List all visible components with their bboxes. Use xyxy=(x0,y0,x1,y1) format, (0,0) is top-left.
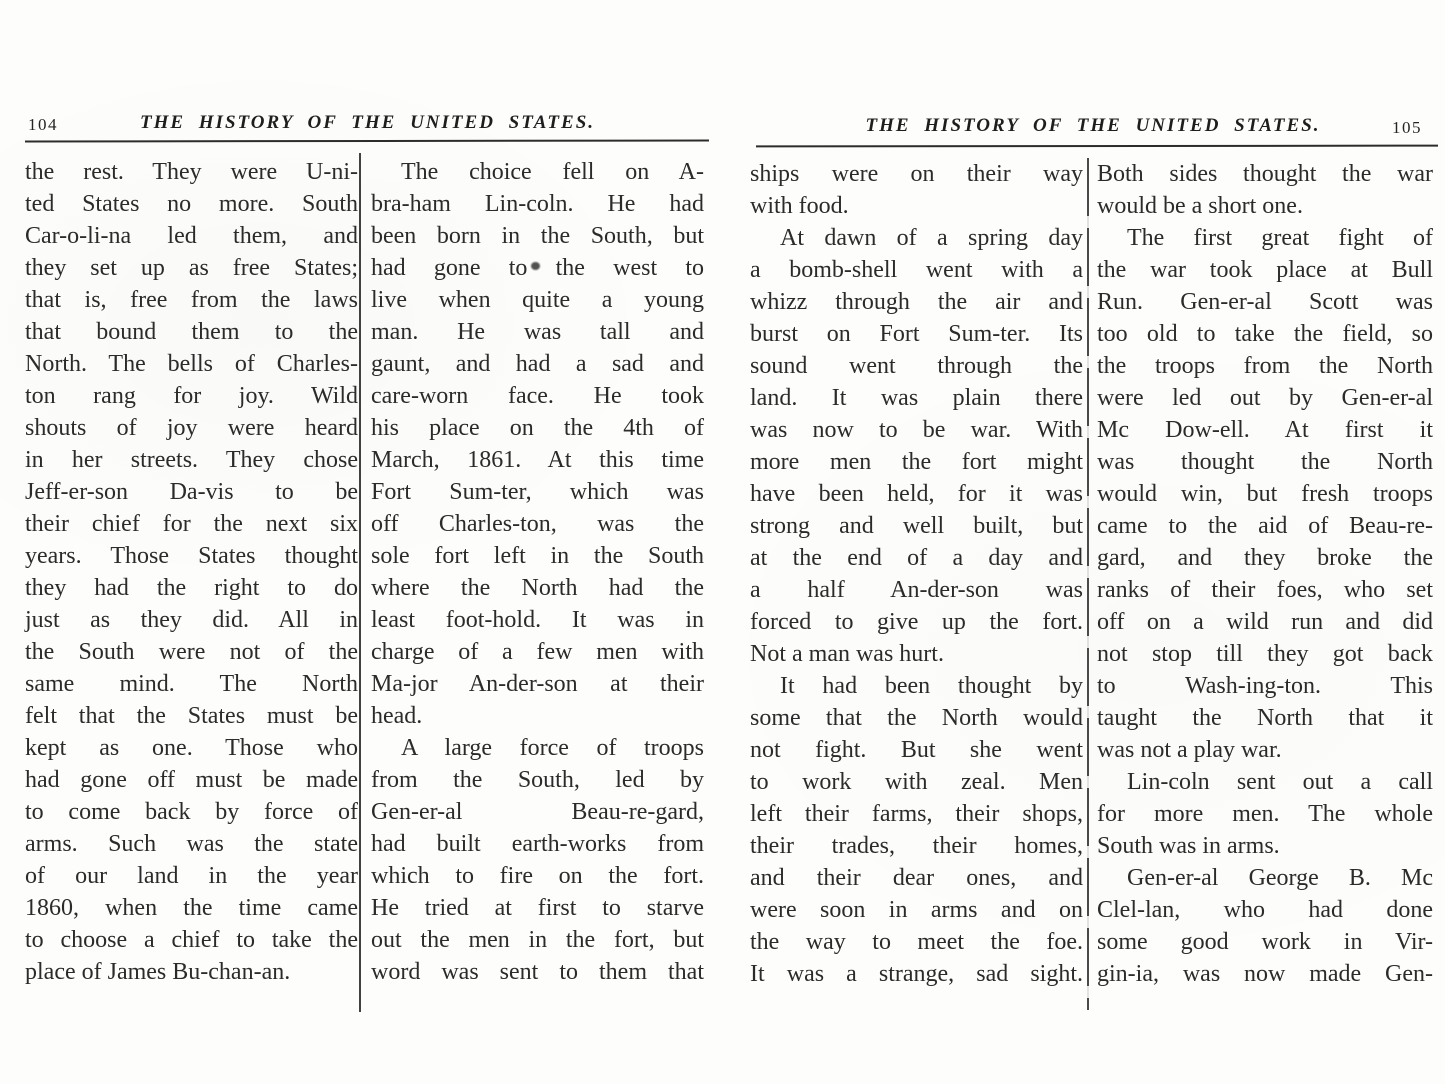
text-line: was not a play war. xyxy=(1097,734,1433,766)
text-line: same mind. The North xyxy=(25,668,358,700)
text-line: taught the North that it xyxy=(1097,702,1433,734)
text-line: in her streets. They chose xyxy=(25,444,358,476)
text-line: care-worn face. He took xyxy=(371,380,704,412)
text-line: the South were not of the xyxy=(25,636,358,668)
text-line: off Charles-ton, was the xyxy=(371,508,704,540)
text-line: to work with zeal. Men xyxy=(750,766,1083,798)
text-line: forced to give up the fort. xyxy=(750,606,1083,638)
text-line: was thought the North xyxy=(1097,446,1433,478)
text-line: some good work in Vir- xyxy=(1097,926,1433,958)
text-line: burst on Fort Sum-ter. Its xyxy=(750,318,1083,350)
text-line: Both sides thought the war xyxy=(1097,158,1433,190)
text-line: Run. Gen-er-al Scott was xyxy=(1097,286,1433,318)
text-line: Not a man was hurt. xyxy=(750,638,1083,670)
text-line: He tried at first to starve xyxy=(371,892,704,924)
text-line: where the North had the xyxy=(371,572,704,604)
text-line: gard, and they broke the xyxy=(1097,542,1433,574)
text-column-1: the rest. They were U-ni-ted States no m… xyxy=(25,156,358,988)
text-line: sound went through the xyxy=(750,350,1083,382)
text-line: had gone off must be made xyxy=(25,764,358,796)
text-line: and their dear ones, and xyxy=(750,862,1083,894)
text-line: for more men. The whole xyxy=(1097,798,1433,830)
text-line: Gen-er-al Beau-re-gard, xyxy=(371,796,704,828)
text-line: his place on the 4th of xyxy=(371,412,704,444)
text-line: shouts of joy were heard xyxy=(25,412,358,444)
text-line: Jeff-er-son Da-vis to be xyxy=(25,476,358,508)
text-line: were soon in arms and on xyxy=(750,894,1083,926)
text-line: ships were on their way xyxy=(750,158,1083,190)
text-line: Car-o-li-na led them, and xyxy=(25,220,358,252)
text-line: were led out by Gen-er-al xyxy=(1097,382,1433,414)
header-rule-left xyxy=(25,140,709,143)
text-line: charge of a few men with xyxy=(371,636,704,668)
text-line: gaunt, and had a sad and xyxy=(371,348,704,380)
running-head-left: THE HISTORY OF THE UNITED STATES. xyxy=(25,112,710,134)
text-line: a bomb-shell went with a xyxy=(750,254,1083,286)
text-line: South was in arms. xyxy=(1097,830,1433,862)
text-line: the way to meet the foe. xyxy=(750,926,1083,958)
text-line: the troops from the North xyxy=(1097,350,1433,382)
text-line: they set up as free States; xyxy=(25,252,358,284)
text-line: that bound them to the xyxy=(25,316,358,348)
text-line: felt that the States must be xyxy=(25,700,358,732)
text-line: to come back by force of xyxy=(25,796,358,828)
text-column-3: ships were on their waywith food.At dawn… xyxy=(750,158,1083,990)
text-line: Lin-coln sent out a call xyxy=(1097,766,1433,798)
text-line: out the men in the fort, but xyxy=(371,924,704,956)
page-number-right: 105 xyxy=(1368,118,1422,138)
text-line: they had the right to do xyxy=(25,572,358,604)
text-line: came to the aid of Beau-re- xyxy=(1097,510,1433,542)
header-rule-right xyxy=(756,145,1438,148)
text-line: would be a short one. xyxy=(1097,190,1433,222)
text-line: been born in the South, but xyxy=(371,220,704,252)
text-line: was now to be war. With xyxy=(750,414,1083,446)
text-line: head. xyxy=(371,700,704,732)
text-line: the war took place at Bull xyxy=(1097,254,1433,286)
text-line: bra-ham Lin-coln. He had xyxy=(371,188,704,220)
column-divider-right xyxy=(1087,158,1089,1010)
text-line: ted States no more. South xyxy=(25,188,358,220)
text-line: The first great fight of xyxy=(1097,222,1433,254)
text-line: gin-ia, was now made Gen- xyxy=(1097,958,1433,990)
text-line: have been held, for it was xyxy=(750,478,1083,510)
text-line: to Wash-ing-ton. This xyxy=(1097,670,1433,702)
text-line: March, 1861. At this time xyxy=(371,444,704,476)
text-line: Clel-lan, who had done xyxy=(1097,894,1433,926)
text-line: sole fort left in the South xyxy=(371,540,704,572)
text-line: a half An-der-son was xyxy=(750,574,1083,606)
text-line: least foot-hold. It was in xyxy=(371,604,704,636)
text-column-4: Both sides thought the warwould be a sho… xyxy=(1097,158,1433,990)
text-line: left their farms, their shops, xyxy=(750,798,1083,830)
text-line: strong and well built, but xyxy=(750,510,1083,542)
book-scan-spread: { "running_head": "THE HISTORY OF THE UN… xyxy=(0,0,1445,1084)
text-column-2: The choice fell on A-bra-ham Lin-coln. H… xyxy=(371,156,704,988)
ink-blot-artifact xyxy=(531,262,540,270)
text-line: The choice fell on A- xyxy=(371,156,704,188)
text-line: had built earth-works from xyxy=(371,828,704,860)
text-line: kept as one. Those who xyxy=(25,732,358,764)
text-line: word was sent to them that xyxy=(371,956,704,988)
text-line: would win, but fresh troops xyxy=(1097,478,1433,510)
text-line: It was a strange, sad sight. xyxy=(750,958,1083,990)
text-line: the rest. They were U-ni- xyxy=(25,156,358,188)
text-line: Mc Dow-ell. At first it xyxy=(1097,414,1433,446)
text-line: not stop till they got back xyxy=(1097,638,1433,670)
text-line: off on a wild run and did xyxy=(1097,606,1433,638)
text-line: not fight. But she went xyxy=(750,734,1083,766)
text-line: Fort Sum-ter, which was xyxy=(371,476,704,508)
text-line: their trades, their homes, xyxy=(750,830,1083,862)
text-line: Gen-er-al George B. Mc xyxy=(1097,862,1433,894)
column-divider-left xyxy=(359,153,361,1012)
text-line: A large force of troops xyxy=(371,732,704,764)
text-line: that is, free from the laws xyxy=(25,284,358,316)
text-line: At dawn of a spring day xyxy=(750,222,1083,254)
text-line: at the end of a day and xyxy=(750,542,1083,574)
running-head-right: THE HISTORY OF THE UNITED STATES. xyxy=(748,115,1438,137)
text-line: from the South, led by xyxy=(371,764,704,796)
text-line: more men the fort might xyxy=(750,446,1083,478)
text-line: It had been thought by xyxy=(750,670,1083,702)
text-line: man. He was tall and xyxy=(371,316,704,348)
text-line: whizz through the air and xyxy=(750,286,1083,318)
text-line: which to fire on the fort. xyxy=(371,860,704,892)
text-line: to choose a chief to take the xyxy=(25,924,358,956)
text-line: place of James Bu-chan-an. xyxy=(25,956,358,988)
text-line: years. Those States thought xyxy=(25,540,358,572)
text-line: some that the North would xyxy=(750,702,1083,734)
text-line: their chief for the next six xyxy=(25,508,358,540)
text-line: arms. Such was the state xyxy=(25,828,358,860)
text-line: of our land in the year xyxy=(25,860,358,892)
text-line: with food. xyxy=(750,190,1083,222)
text-line: ranks of their foes, who set xyxy=(1097,574,1433,606)
text-line: just as they did. All in xyxy=(25,604,358,636)
text-line: too old to take the field, so xyxy=(1097,318,1433,350)
text-line: 1860, when the time came xyxy=(25,892,358,924)
text-line: ton rang for joy. Wild xyxy=(25,380,358,412)
text-line: land. It was plain there xyxy=(750,382,1083,414)
text-line: live when quite a young xyxy=(371,284,704,316)
text-line: North. The bells of Charles- xyxy=(25,348,358,380)
text-line: Ma-jor An-der-son at their xyxy=(371,668,704,700)
